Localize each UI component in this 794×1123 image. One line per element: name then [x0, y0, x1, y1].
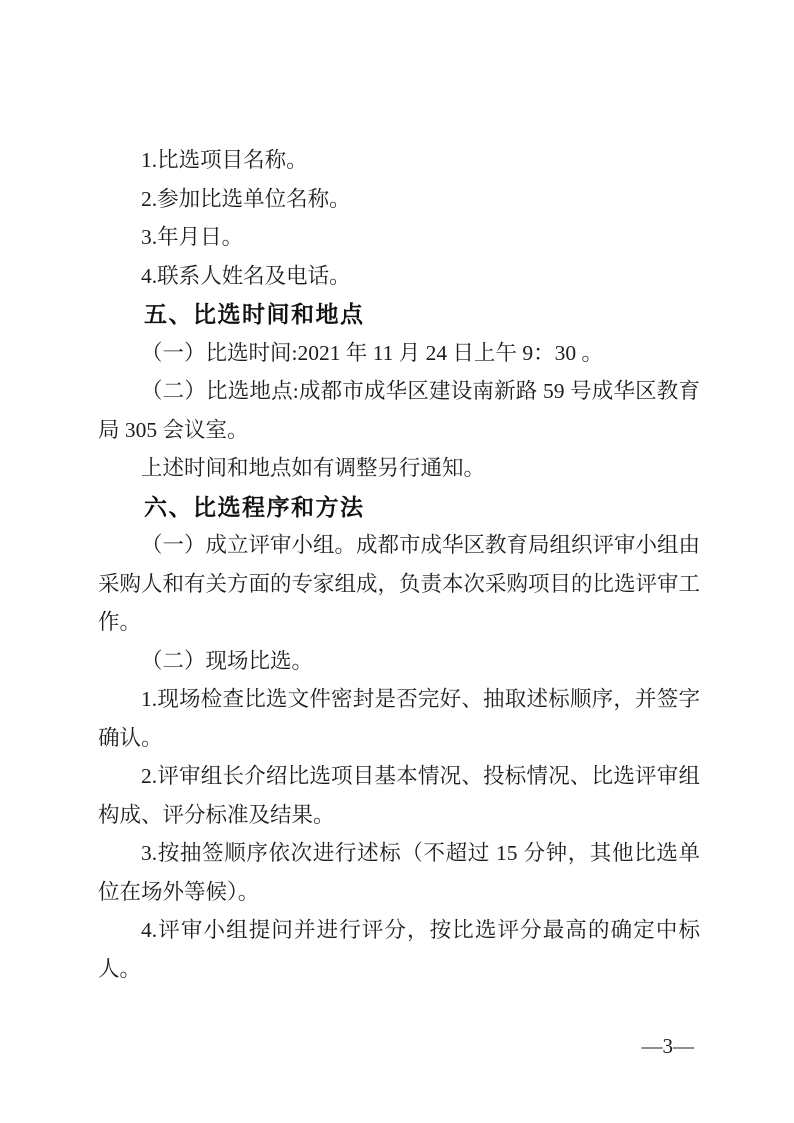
paragraph: 1.比选项目名称。: [98, 141, 700, 180]
paragraph: 1.现场检查比选文件密封是否完好、抽取述标顺序，并签字确认。: [98, 680, 700, 757]
paragraph: 3.年月日。: [98, 218, 700, 257]
document-page: 1.比选项目名称。2.参加比选单位名称。3.年月日。4.联系人姓名及电话。五、比…: [0, 0, 794, 1123]
section-heading: 五、比选时间和地点: [98, 295, 700, 334]
page-number: —3—: [642, 1032, 695, 1060]
paragraph: 4.评审小组提问并进行评分，按比选评分最高的确定中标人。: [98, 911, 700, 988]
paragraph: 4.联系人姓名及电话。: [98, 257, 700, 296]
paragraph: （二）现场比选。: [98, 642, 700, 681]
paragraph: 2.参加比选单位名称。: [98, 180, 700, 219]
paragraph: 上述时间和地点如有调整另行通知。: [98, 449, 700, 488]
paragraph: （二）比选地点:成都市成华区建设南新路 59 号成华区教育局 305 会议室。: [98, 372, 700, 449]
paragraph: 2.评审组长介绍比选项目基本情况、投标情况、比选评审组构成、评分标准及结果。: [98, 757, 700, 834]
paragraph: （一）成立评审小组。成都市成华区教育局组织评审小组由采购人和有关方面的专家组成，…: [98, 526, 700, 642]
paragraph: 3.按抽签顺序依次进行述标（不超过 15 分钟，其他比选单位在场外等候）。: [98, 834, 700, 911]
paragraph: （一）比选时间:2021 年 11 月 24 日上午 9：30 。: [98, 334, 700, 373]
document-body: 1.比选项目名称。2.参加比选单位名称。3.年月日。4.联系人姓名及电话。五、比…: [98, 141, 700, 988]
section-heading: 六、比选程序和方法: [98, 488, 700, 527]
